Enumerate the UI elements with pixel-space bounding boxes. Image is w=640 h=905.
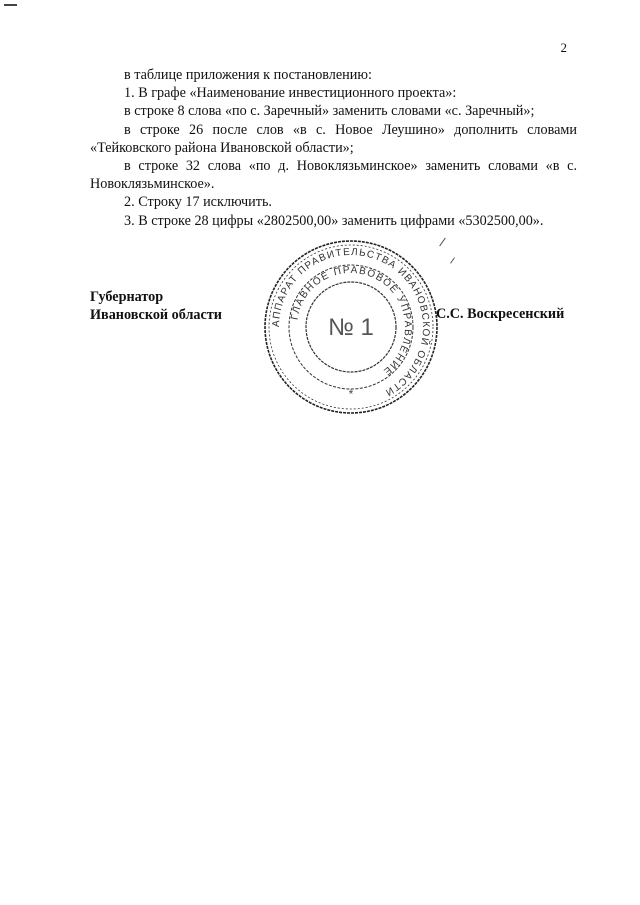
signatory-position: Губернатор Ивановской области — [90, 288, 222, 324]
paragraph-row-26: в строке 26 после слов «в с. Новое Леуши… — [90, 121, 577, 157]
paragraph-item-1: 1. В графе «Наименование инвестиционного… — [90, 84, 577, 102]
paragraph-row-32: в строке 32 слова «по д. Новоклязьминско… — [90, 157, 577, 193]
seal-icon: АППАРАТ ПРАВИТЕЛЬСТВА ИВАНОВСКОЙ ОБЛАСТИ… — [262, 238, 440, 416]
scan-artifact-mark — [4, 4, 17, 6]
paragraph-item-2: 2. Строку 17 исключить. — [90, 193, 577, 211]
page-number: 2 — [561, 40, 568, 56]
svg-text:*: * — [349, 387, 354, 401]
svg-text:№ 1: № 1 — [328, 314, 374, 341]
position-title: Губернатор — [90, 288, 222, 306]
paragraph-intro: в таблице приложения к постановлению: — [90, 66, 577, 84]
paragraph-item-3: 3. В строке 28 цифры «2802500,00» замени… — [90, 212, 577, 230]
pen-mark — [439, 238, 446, 247]
position-region: Ивановской области — [90, 306, 222, 324]
pen-mark — [450, 257, 455, 263]
document-body: в таблице приложения к постановлению: 1.… — [90, 66, 577, 230]
paragraph-row-8: в строке 8 слова «по с. Заречный» замени… — [90, 102, 577, 120]
signatory-name: С.С. Воскресенский — [436, 306, 564, 323]
official-seal-stamp: АППАРАТ ПРАВИТЕЛЬСТВА ИВАНОВСКОЙ ОБЛАСТИ… — [262, 238, 440, 416]
